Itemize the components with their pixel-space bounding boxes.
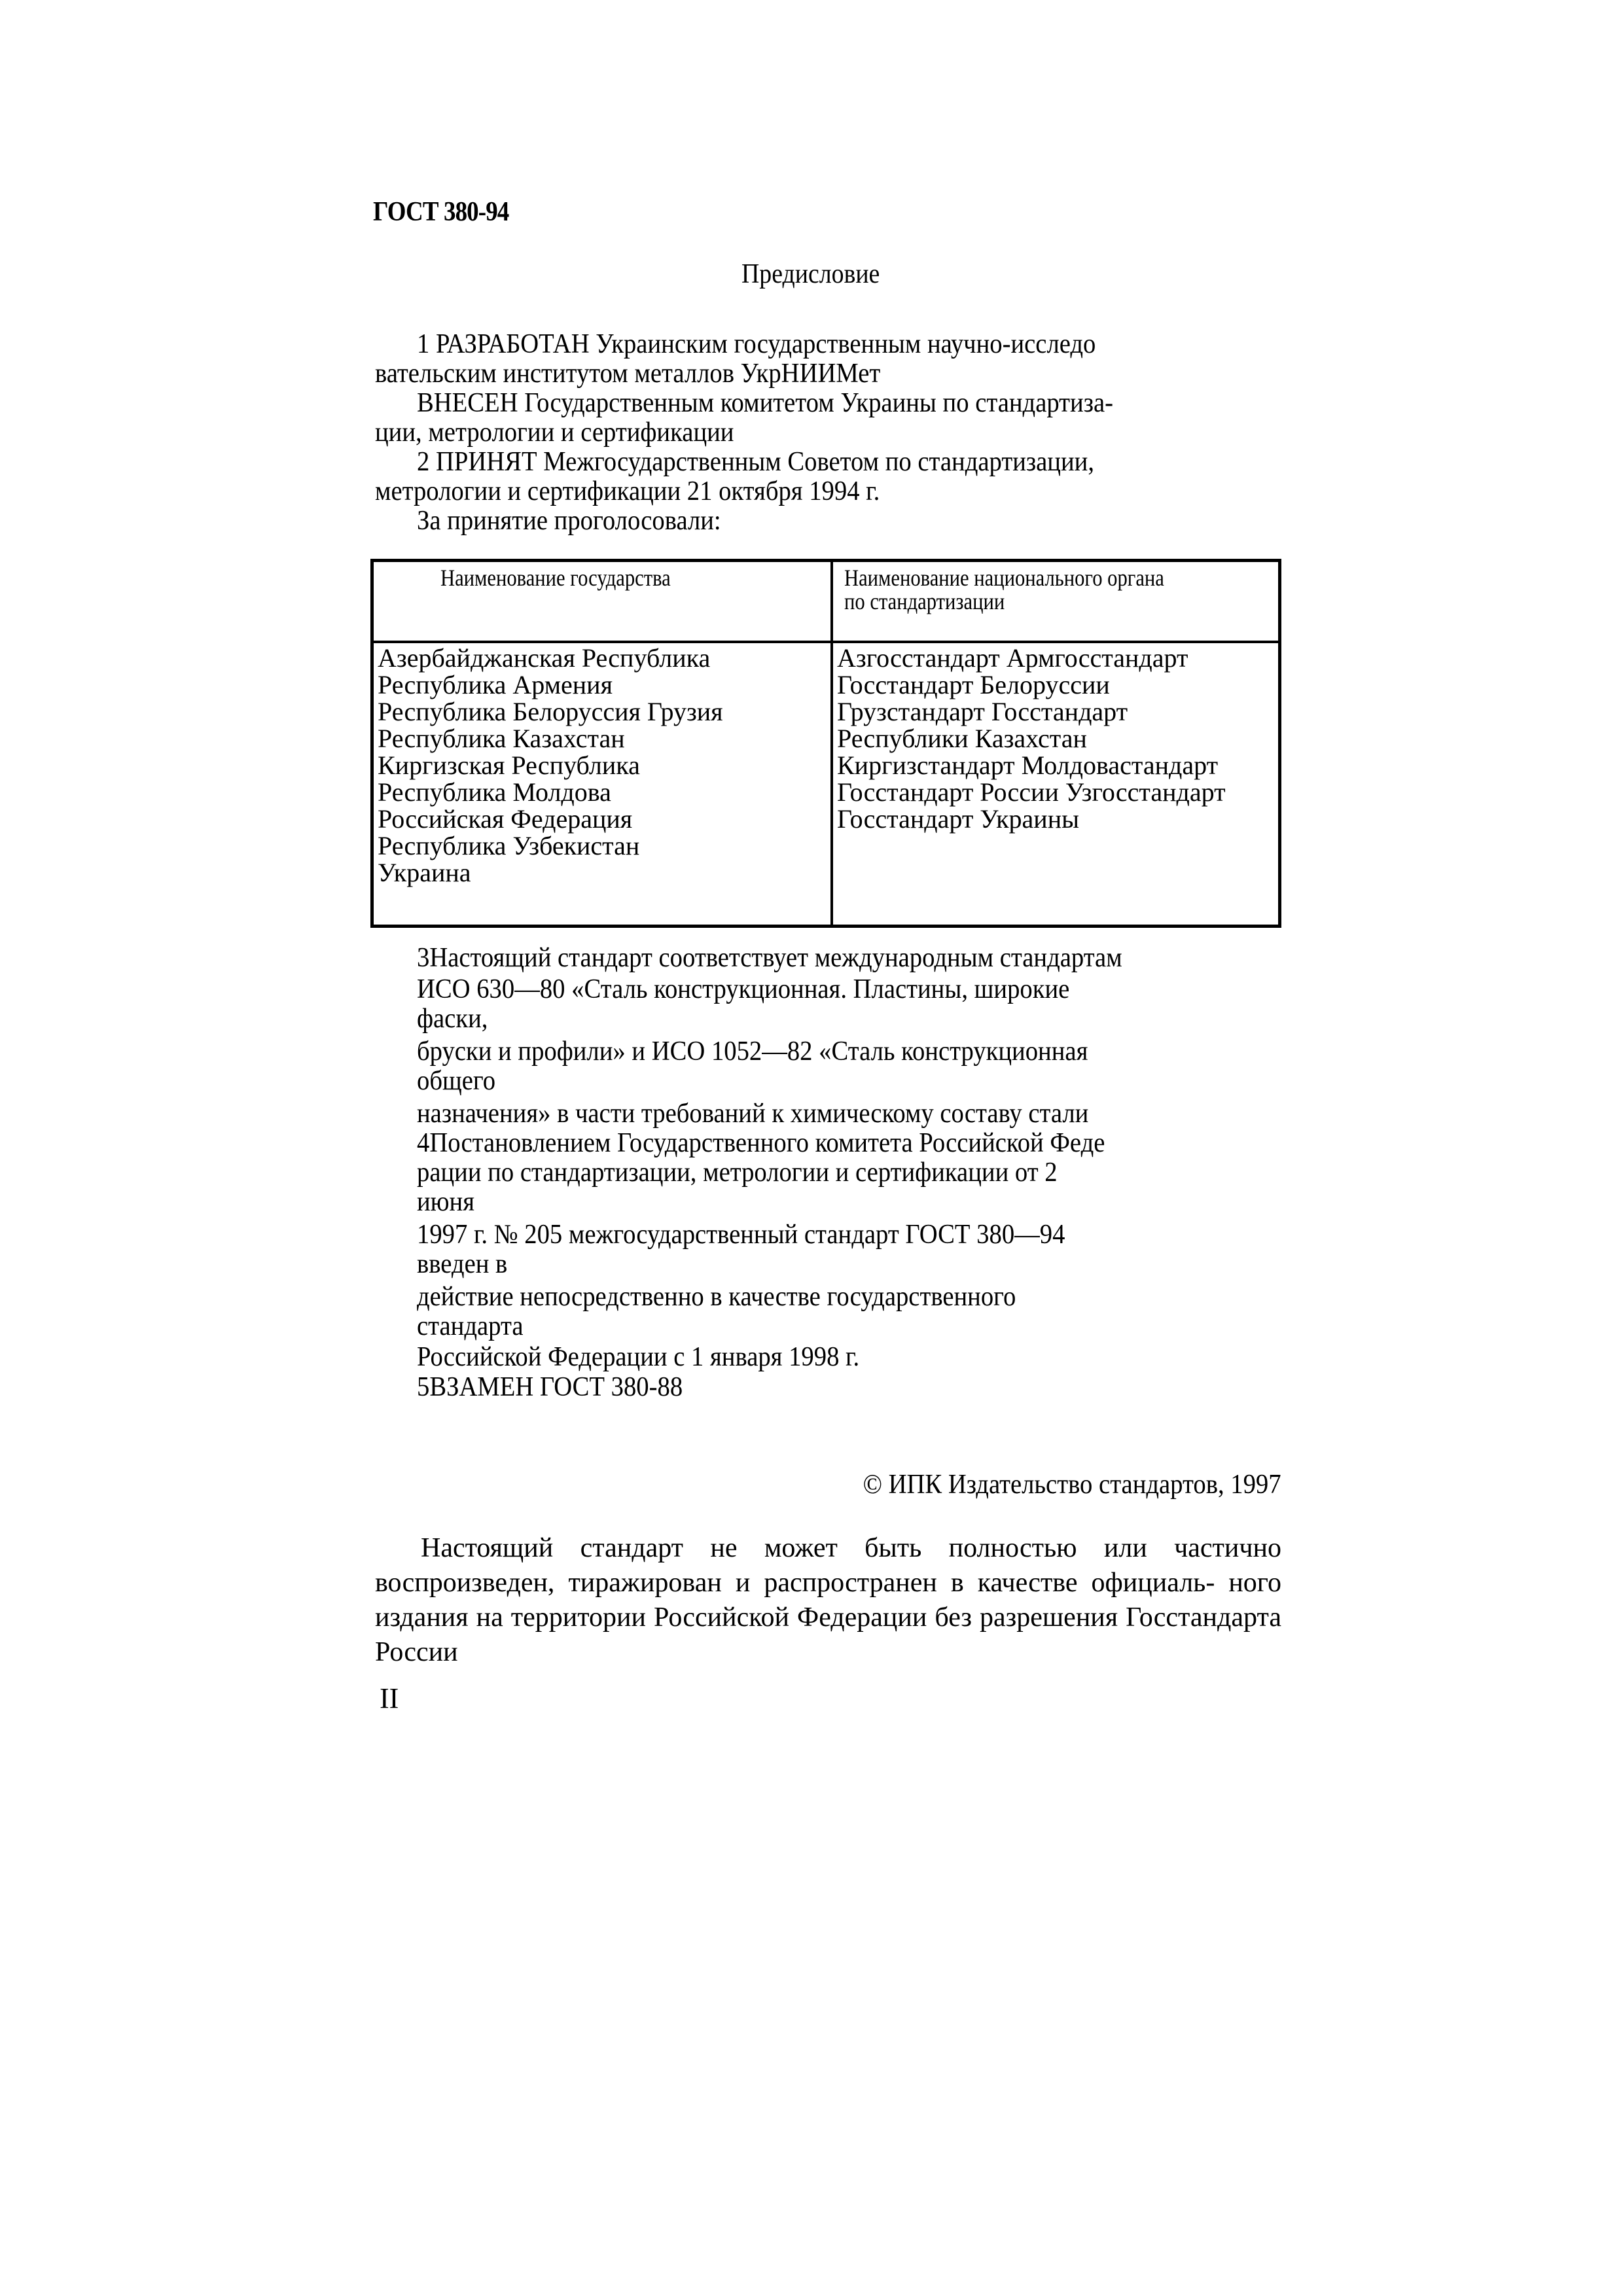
para-line: метрологии и сертификации 21 октября 199… [375, 476, 880, 507]
standards-body: Азгосстандарт Армгосстандарт [837, 645, 1278, 671]
para-line: ции, метрологии и сертификации [375, 417, 734, 448]
section-title-foreword: Предисловие [741, 258, 880, 290]
para-line: фаски, [417, 1003, 488, 1034]
document-code: ГОСТ 380-94 [373, 196, 508, 228]
page-number: II [380, 1682, 399, 1715]
standards-body: Республики Казахстан [837, 725, 1278, 752]
state-name: Азербайджанская Республика [378, 645, 830, 671]
table-header-state: Наименование государства [372, 561, 832, 643]
para-line: 5ВЗАМЕН ГОСТ 380-88 [417, 1371, 683, 1403]
states-cell: Азербайджанская Республика Республика Ар… [372, 642, 832, 927]
para-line: 1997 г. № 205 межгосударственный стандар… [417, 1219, 1065, 1250]
para-line: введен в [417, 1248, 507, 1280]
reproduction-notice: Настоящий стандарт не может быть полност… [375, 1531, 1281, 1670]
para-line: вательским институтом металлов УкрНИИМет [375, 358, 880, 389]
state-name: Российская Федерация [378, 805, 830, 832]
standards-body: Госстандарт Белоруссии [837, 671, 1278, 698]
standards-body: Киргизстандарт Молдовастандарт [837, 752, 1278, 779]
para-line: общего [417, 1065, 495, 1097]
standards-body: Госстандарт России Узгосстандарт [837, 779, 1278, 805]
header-label-line: по стандартизации [844, 590, 1211, 613]
bodies-cell: Азгосстандарт Армгосстандарт Госстандарт… [832, 642, 1280, 927]
para-line: назначения» в части требований к химичес… [417, 1098, 1088, 1129]
copyright-line: © ИПК Издательство стандартов, 1997 [863, 1469, 1281, 1500]
para-line: рации по стандартизации, метрологии и се… [417, 1157, 1058, 1188]
state-name: Республика Армения [378, 671, 830, 698]
table-header-body: Наименование национального органа по ста… [832, 561, 1280, 643]
table-header-row: Наименование государства Наименование на… [372, 561, 1280, 643]
state-name: Республика Молдова [378, 779, 830, 805]
standards-body: Госстандарт Украины [837, 805, 1278, 832]
para-line: Российской Федерации с 1 января 1998 г. [417, 1341, 859, 1373]
votes-table: Наименование государства Наименование на… [370, 559, 1281, 928]
state-name: Киргизская Республика [378, 752, 830, 779]
header-label: Наименование государства [374, 562, 762, 590]
state-name: Республика Белоруссия Грузия [378, 698, 830, 725]
para-line: ВНЕСЕН Государственным комитетом Украины… [417, 387, 1113, 419]
state-name: Республика Казахстан [378, 725, 830, 752]
para-line: 3Настоящий стандарт соответствует междун… [417, 942, 1122, 974]
state-name: Украина [378, 859, 830, 886]
para-line: За принятие проголосовали: [417, 505, 721, 537]
para-line: действие непосредственно в качестве госу… [417, 1281, 1016, 1313]
para-line: 4Постановлением Государственного комитет… [417, 1127, 1105, 1159]
para-line: 1 РАЗРАБОТАН Украинским государственным … [417, 328, 1096, 360]
header-label: Наименование национального органа по ста… [833, 562, 1211, 613]
notice-text: Настоящий стандарт не может быть полност… [375, 1531, 1281, 1670]
header-label-line: Наименование национального органа [844, 566, 1211, 590]
para-line: ИСО 630—80 «Сталь конструкционная. Пласт… [417, 974, 1069, 1005]
para-line: июня [417, 1186, 474, 1218]
state-name: Республика Узбекистан [378, 832, 830, 859]
para-line: стандарта [417, 1311, 523, 1342]
standards-body: Грузстандарт Госстандарт [837, 698, 1278, 725]
para-line: бруски и профили» и ИСО 1052—82 «Сталь к… [417, 1036, 1088, 1067]
table-row: Азербайджанская Республика Республика Ар… [372, 642, 1280, 927]
para-line: 2 ПРИНЯТ Межгосударственным Советом по с… [417, 446, 1094, 478]
